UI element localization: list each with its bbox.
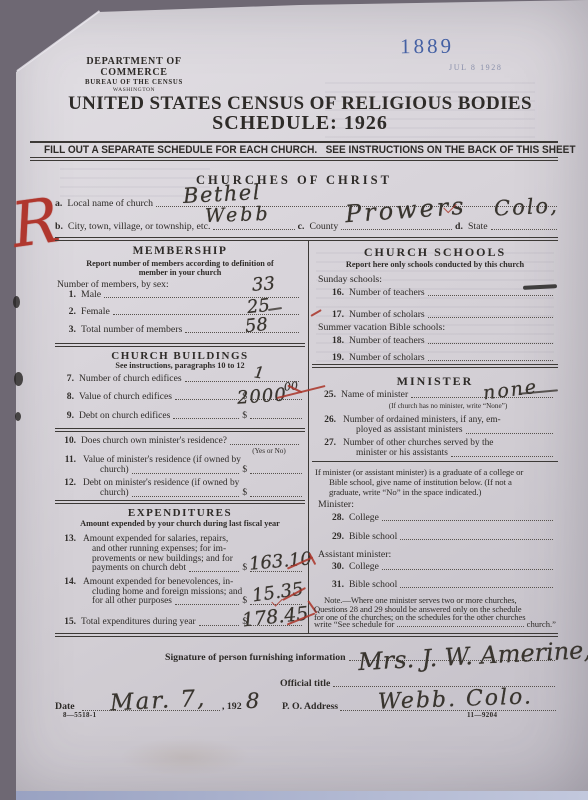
row-label: Name of minister: [341, 390, 408, 400]
membership-heading: MEMBERSHIP: [55, 245, 305, 257]
row-label: for all other purposes: [92, 597, 172, 607]
banner-rule-bottom: [30, 157, 558, 161]
row-num: 13.: [56, 534, 76, 544]
dotted-line: [199, 625, 240, 626]
row-num: 25.: [318, 390, 336, 400]
dept-line: DEPARTMENT OF COMMERCE: [58, 56, 210, 78]
row-num: 30.: [326, 562, 344, 572]
field-b-num: b.: [55, 222, 63, 232]
handwritten-state: Colo,: [493, 193, 559, 220]
banner-rule-top: [30, 141, 558, 143]
row-num: 29.: [326, 532, 344, 542]
row-label: Value of church edifices: [79, 392, 172, 402]
row-num: 9.: [56, 411, 74, 421]
form-schedule-title: SCHEDULE: 1926: [50, 112, 550, 135]
field-row-vacation-teachers: 18. Number of teachers: [326, 336, 556, 346]
row-num: 2.: [64, 307, 76, 317]
dotted-line: [428, 317, 553, 318]
dotted-line: [466, 433, 554, 434]
graduate-note-line1: If minister (or assistant minister) is a…: [315, 467, 523, 477]
row-label: Total number of members: [81, 325, 182, 335]
row-num: 8.: [56, 392, 74, 402]
row-num: 10.: [56, 437, 76, 447]
field-row-residence-debt: church) $: [100, 489, 302, 499]
dollar-sign: $: [242, 411, 247, 421]
field-row-own-residence: 10. Does church own minister's residence…: [56, 437, 302, 447]
row-num: 16.: [326, 288, 344, 298]
dotted-line: [185, 332, 299, 333]
dotted-line: [341, 229, 452, 230]
scanned-census-form: { "page": { "serial_stamp": "1889", "dat…: [0, 0, 588, 800]
handwritten-year-digit: 8: [246, 689, 259, 713]
note-line4: write “See schedule for church.”: [314, 620, 556, 629]
row-label: Bible school: [349, 532, 397, 542]
row-label: Number of teachers: [349, 288, 425, 298]
dotted-line: [173, 418, 239, 419]
dotted-line: [382, 520, 553, 521]
graduate-note-line3: graduate, write “No” in the space indica…: [329, 487, 481, 497]
bottom-page-edge: [16, 791, 588, 800]
row-num: 28.: [326, 513, 344, 523]
dotted-line: [397, 626, 523, 627]
bureau-line: BUREAU OF THE CENSUS: [58, 79, 210, 86]
field-row-assistant-ministers: ployed as assistant ministers: [356, 426, 556, 436]
expenditures-heading: EXPENDITURES: [55, 507, 305, 519]
field-row-sunday-teachers: 16. Number of teachers: [326, 288, 556, 298]
minister-group-label: Minister:: [318, 499, 354, 510]
handwritten-total-members: 58: [244, 314, 269, 337]
field-d-num: d.: [455, 222, 463, 232]
row-label: College: [349, 513, 379, 523]
field-d-label: State: [468, 222, 488, 232]
ink-blob: [15, 412, 21, 421]
row-num: 17.: [326, 310, 344, 320]
row-num: 19.: [326, 353, 344, 363]
field-row-residence-value: church) $: [100, 466, 302, 476]
dotted-line: [428, 360, 553, 361]
dotted-line: [185, 381, 299, 382]
row-label: Number of scholars: [349, 310, 425, 320]
row-label: church): [100, 489, 129, 499]
row-label: Does church own minister's residence?: [81, 437, 227, 447]
row-num: 7.: [56, 374, 74, 384]
section-divider: [55, 343, 305, 347]
field-row-other-churches: minister or his assistants: [356, 449, 556, 459]
handwritten-date: Mar. 7,: [109, 685, 207, 716]
dotted-line: [189, 571, 239, 572]
schools-heading: CHURCH SCHOOLS: [312, 245, 558, 260]
denomination-heading: CHURCHES OF CHRIST: [30, 173, 558, 188]
dollar-sign: $: [242, 489, 247, 499]
membership-sub1: Report number of members according to de…: [55, 259, 305, 268]
section-divider: [55, 633, 558, 637]
field-b-label: City, town, village, or township, etc.: [68, 222, 211, 232]
dotted-line: [230, 444, 299, 445]
expense13-line2: and other running expenses; for im-: [92, 544, 226, 554]
yes-or-no-hint: (Yes or No): [235, 447, 303, 455]
assistant-group-label: Assistant minister:: [318, 549, 391, 560]
dotted-line: [132, 496, 240, 497]
dotted-line: [175, 604, 239, 605]
minister26-line1: Number of ordained ministers, if any, em…: [343, 415, 501, 425]
field-row-local-name: a. Local name of church: [55, 199, 560, 209]
printed-year: , 192: [222, 701, 242, 712]
field-a-label: Local name of church: [67, 199, 153, 209]
dotted-line: [250, 496, 302, 497]
signature-label: Signature of person furnishing informati…: [165, 653, 346, 663]
handwritten-city: Webb: [205, 203, 271, 227]
handwritten-male-count: 33: [251, 273, 275, 296]
field-c-num: c.: [298, 222, 305, 232]
row-num: 26.: [318, 415, 336, 425]
minister-name-hint: (If church has no minister, write “None”…: [340, 402, 556, 410]
dotted-line: [428, 343, 553, 344]
section-divider: [55, 428, 305, 432]
row-label: College: [349, 562, 379, 572]
print-code: 11—9204: [467, 711, 497, 719]
dotted-line: [382, 569, 553, 570]
dotted-line: [400, 539, 553, 540]
row-label: minister or his assistants: [356, 449, 448, 459]
ink-blob: [14, 372, 23, 386]
section-divider: [55, 237, 558, 241]
residence-value-line1: Value of minister's residence (if owned …: [83, 455, 241, 465]
row-label: payments on church debt: [92, 564, 186, 574]
row-num: 14.: [56, 577, 76, 587]
field-row-edifice-debt: 9. Debt on church edifices $: [56, 411, 302, 421]
serial-number-stamp: 1889: [400, 34, 454, 60]
field-c-label: County: [309, 222, 338, 232]
section-divider: [55, 500, 305, 504]
row-num: 11.: [56, 455, 76, 465]
residence-debt-line1: Debt on minister's residence (if owned b…: [83, 478, 239, 488]
note-line4a: write “See schedule for: [314, 620, 394, 629]
row-num: 27.: [318, 438, 336, 448]
form-code: 8—5518-1: [63, 711, 97, 719]
dotted-line: [400, 587, 553, 588]
sunday-schools-label: Sunday schools:: [318, 274, 382, 285]
dollar-sign: $: [242, 564, 247, 574]
dollar-sign: $: [242, 466, 247, 476]
dotted-line: [104, 297, 299, 298]
row-label: Male: [81, 290, 101, 300]
row-label: Debt on church edifices: [79, 411, 170, 421]
row-num: 31.: [326, 580, 344, 590]
field-row-minister-college: 28. College: [326, 513, 556, 523]
field-row-vacation-scholars: 19. Number of scholars: [326, 353, 556, 363]
ink-blob: [13, 296, 20, 308]
dotted-line: [250, 418, 302, 419]
dotted-line: [491, 229, 557, 230]
row-label: Number of teachers: [349, 336, 425, 346]
row-num: 3.: [64, 325, 76, 335]
section-divider: [312, 461, 558, 462]
dotted-line: [132, 473, 240, 474]
expenditures-sub: Amount expended by your church during la…: [55, 519, 305, 528]
row-num: 12.: [56, 478, 76, 488]
row-num: 1.: [64, 290, 76, 300]
minister27-line1: Number of other churches served by the: [343, 438, 493, 448]
dotted-line: [451, 456, 553, 457]
field-row-edifice-count: 7. Number of church edifices: [56, 374, 302, 384]
note-line4b: church.”: [527, 620, 556, 629]
row-label: Number of scholars: [349, 353, 425, 363]
buildings-sub: See instructions, paragraphs 10 to 12: [55, 361, 305, 370]
row-label: church): [100, 466, 129, 476]
received-date-stamp: JUL 8 1928: [449, 63, 502, 72]
field-row-minister-bible-school: 29. Bible school: [326, 532, 556, 542]
banner-instruction: FILL OUT A SEPARATE SCHEDULE FOR EACH CH…: [30, 144, 558, 156]
expense14-line1: Amount expended for benevolences, in-: [83, 577, 233, 587]
field-row-assistant-bible-school: 31. Bible school: [326, 580, 556, 590]
schools-sub: Report here only schools conducted by th…: [312, 260, 558, 269]
banner-text: FILL OUT A SEPARATE SCHEDULE FOR EACH CH…: [44, 144, 576, 156]
row-num: 18.: [326, 336, 344, 346]
field-row-sunday-scholars: 17. Number of scholars: [326, 310, 556, 320]
field-row-city-county-state: b. City, town, village, or township, etc…: [55, 222, 560, 232]
vacation-schools-label: Summer vacation Bible schools:: [318, 322, 445, 333]
po-address-label: P. O. Address: [282, 701, 338, 712]
dotted-line: [175, 399, 239, 400]
row-label: Total expenditures during year: [81, 618, 196, 628]
expense13-line1: Amount expended for salaries, repairs,: [83, 534, 228, 544]
dotted-line: [213, 229, 294, 230]
field-a-num: a.: [55, 199, 62, 209]
row-num: 15.: [56, 618, 76, 628]
dollar-sign: $: [242, 597, 247, 607]
official-title-label: Official title: [280, 679, 330, 689]
row-label: Number of church edifices: [79, 374, 182, 384]
agency-block: DEPARTMENT OF COMMERCE BUREAU OF THE CEN…: [58, 56, 210, 93]
section-divider: [312, 364, 558, 368]
row-label: Female: [81, 307, 110, 317]
dotted-line: [250, 473, 302, 474]
column-divider: [308, 240, 309, 634]
row-label: Bible school: [349, 580, 397, 590]
row-label: ployed as assistant ministers: [356, 426, 463, 436]
field-row-assistant-college: 30. College: [326, 562, 556, 572]
dotted-line: [428, 295, 553, 296]
graduate-note-line2: Bible school, give name of institution b…: [329, 477, 512, 487]
